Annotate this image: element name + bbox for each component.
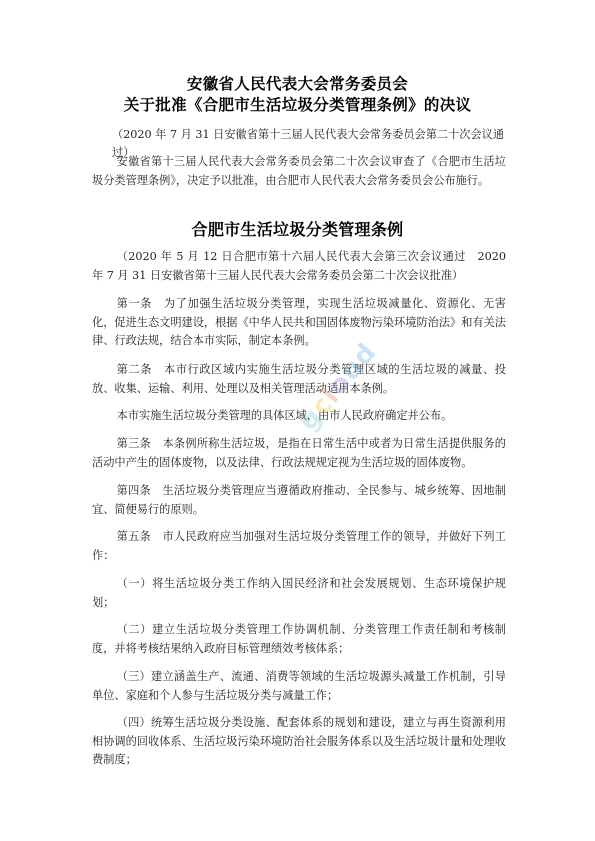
resolution-body: 安徽省第十三届人民代表大会常务委员会第二十次会议审查了《合肥市生活垃圾分类管理条… bbox=[92, 153, 506, 190]
article-2: 第二条 本市行政区域内实施生活垃圾分类管理区域的生活垃圾的减量、投放、收集、运输… bbox=[92, 361, 506, 398]
article-4: 第四条 生活垃圾分类管理应当遵循政府推动、全民参与、城乡统筹、因地制宜、简便易行… bbox=[92, 482, 506, 519]
article-5-item-1: （一）将生活垃圾分类工作纳入国民经济和社会发展规划、生态环境保护规划； bbox=[92, 575, 506, 612]
regulation-title: 合肥市生活垃圾分类管理条例 bbox=[0, 217, 595, 240]
article-3: 第三条 本条例所称生活垃圾，是指在日常生活中或者为日常生活提供服务的活动中产生的… bbox=[92, 435, 506, 472]
article-1: 第一条 为了加强生活垃圾分类管理，实现生活垃圾减量化、资源化、无害化，促进生态文… bbox=[92, 295, 506, 351]
regulation-note: （2020 年 5 月 12 日合肥市第十六届人民代表大会第三次会议通过 202… bbox=[92, 248, 506, 285]
article-5-item-2: （二）建立生活垃圾分类管理工作协调机制、分类管理工作责任制和考核制度，并将考核结… bbox=[92, 621, 506, 658]
article-5-item-4: （四）统筹生活垃圾分类设施、配套体系的规划和建设，建立与再生资源利用相协调的回收… bbox=[92, 714, 506, 770]
issuer-title: 安徽省人民代表大会常务委员会 bbox=[0, 72, 595, 94]
resolution-title: 关于批准《合肥市生活垃圾分类管理条例》的决议 bbox=[0, 93, 595, 115]
article-5-item-3: （三）建立涵盖生产、流通、消费等领域的生活垃圾源头减量工作机制，引导单位、家庭和… bbox=[92, 668, 506, 705]
article-5: 第五条 市人民政府应当加强对生活垃圾分类管理工作的领导，并做好下列工作： bbox=[92, 528, 506, 565]
document-page: 安徽省人民代表大会常务委员会 关于批准《合肥市生活垃圾分类管理条例》的决议 （2… bbox=[0, 0, 595, 841]
